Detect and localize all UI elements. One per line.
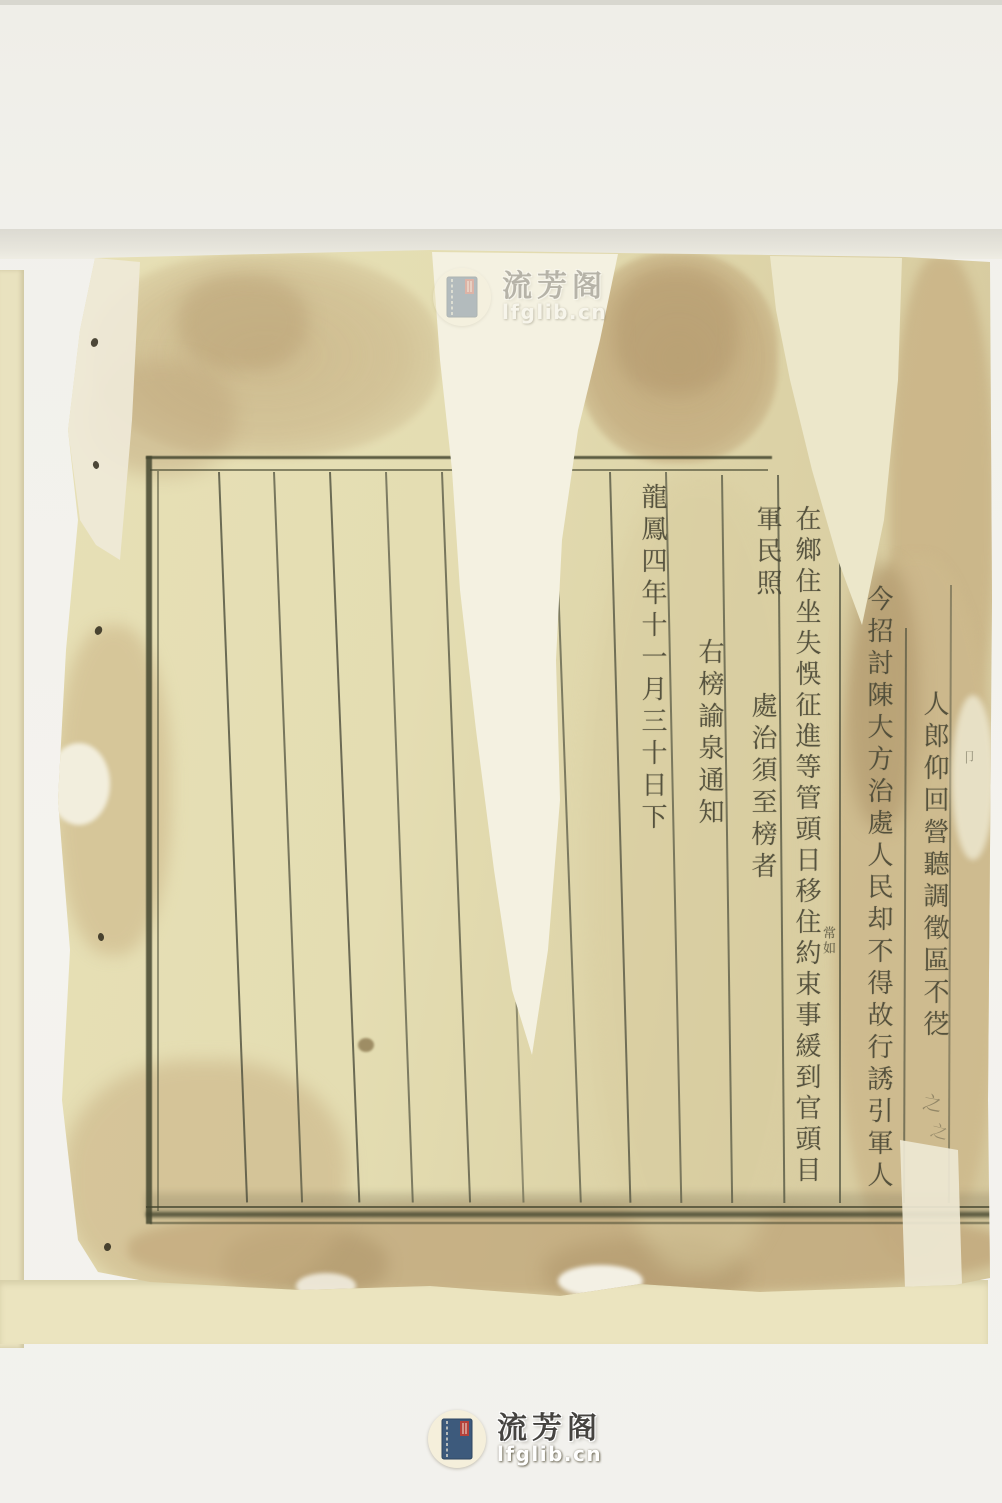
text-column-2: 今招討陳大方治處人民却不得故行誘引軍人	[860, 585, 897, 1193]
mount-strip-left	[0, 270, 24, 1348]
paper-tear-blob	[952, 695, 994, 860]
watermark-text: 流芳阁 lfglib.cn	[497, 1413, 602, 1466]
column-rule	[329, 472, 360, 1202]
manuscript-paper: 人郎仰回營聽調徵區不徔 今招討陳大方治處人民却不得故行誘引軍人 在鄉住坐失悞征進…	[28, 245, 994, 1297]
text-column-6-date: 龍鳳四年十一月三十日下	[634, 483, 671, 835]
frame-border-left-inner	[157, 471, 159, 1211]
column-rule	[839, 478, 841, 1203]
text-column-3: 在鄉住坐失悞征進等管頭日移住約束事緩到官頭目	[788, 505, 825, 1187]
paper-stain	[613, 270, 738, 395]
column-rule	[385, 472, 413, 1203]
watermark-bottom: 流芳阁 lfglib.cn	[428, 1410, 602, 1468]
frame-border-bottom	[146, 1212, 996, 1217]
book-icon	[433, 268, 491, 326]
frame-border-bottom	[146, 1206, 994, 1208]
text-column-4-upper: 軍民照	[749, 505, 786, 601]
watermark-site-url: lfglib.cn	[502, 302, 607, 323]
paper-stain	[63, 1060, 348, 1300]
watermark-site-name: 流芳阁	[497, 1413, 602, 1445]
photo-top-edge	[0, 0, 1002, 5]
text-column-1: 人郎仰回營聽調徵區不徔	[916, 690, 953, 1042]
photograph-of-manuscript: 人郎仰回營聽調徵區不徔 今招討陳大方治處人民却不得故行誘引軍人 在鄉住坐失悞征進…	[0, 0, 1002, 1503]
ink-fragment: 卩	[958, 750, 978, 764]
text-column-3-note: 常如	[818, 926, 837, 956]
paper-stain	[358, 1038, 374, 1052]
book-icon	[428, 1410, 486, 1468]
frame-border-bottom	[150, 1222, 994, 1224]
frame-border-left	[146, 456, 152, 1224]
paper-tear-blob	[48, 743, 110, 825]
watermark-top: 流芳阁 lfglib.cn	[433, 268, 607, 326]
paper-stain	[178, 275, 308, 370]
text-column-4-lower: 處治須至榜者	[744, 692, 781, 884]
text-column-5: 右榜諭泉通知	[691, 638, 728, 830]
watermark-site-name: 流芳阁	[502, 271, 607, 303]
watermark-site-url: lfglib.cn	[497, 1444, 602, 1465]
watermark-text: 流芳阁 lfglib.cn	[502, 271, 607, 324]
